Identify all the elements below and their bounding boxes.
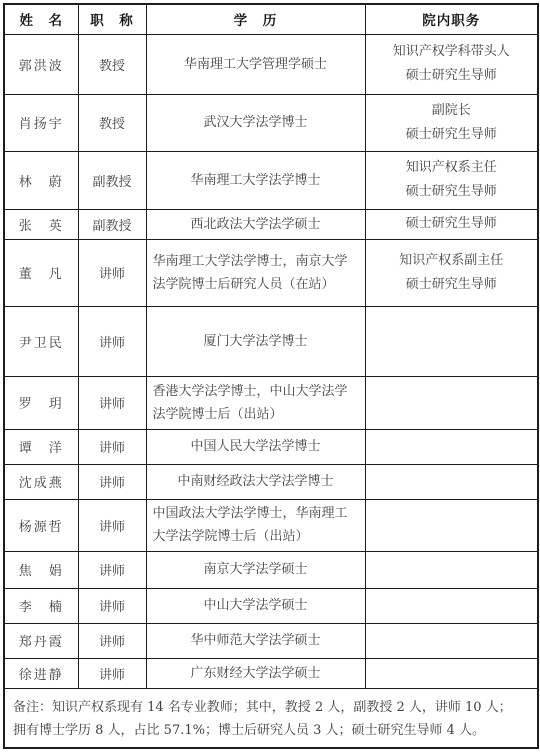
position-line: 硕士研究生导师 bbox=[370, 123, 534, 147]
table-row: 沈成燕 讲师 中南财经政法大学法学博士 bbox=[4, 464, 538, 499]
name-cell: 林 蔚 bbox=[4, 151, 78, 209]
education-cell: 西北政法大学法学硕士 bbox=[146, 209, 365, 239]
education-cell: 香港大学法学博士，中山大学法学 法学院博士后（出站） bbox=[146, 376, 365, 429]
education-cell: 中南财经政法大学法学博士 bbox=[146, 464, 365, 499]
education-line: 中南财经政法大学法学博士 bbox=[151, 470, 361, 493]
position-line: 知识产权系主任 bbox=[370, 156, 534, 180]
education-line: 广东财经大学法学硕士 bbox=[151, 662, 361, 685]
table-row: 肖扬宇 教授 武汉大学法学博士 副院长 硕士研究生导师 bbox=[4, 94, 538, 151]
table-row: 林 蔚 副教授 华南理工大学法学博士 知识产权系主任 硕士研究生导师 bbox=[4, 151, 538, 209]
education-line: 华南理工大学法学博士，南京大学 bbox=[153, 250, 361, 273]
title-cell: 讲师 bbox=[78, 464, 146, 499]
position-cell bbox=[365, 658, 538, 688]
position-cell bbox=[365, 623, 538, 658]
table-row: 董 凡 讲师 华南理工大学法学博士，南京大学 法学院博士后研究人员（在站） 知识… bbox=[4, 239, 538, 306]
note-row: 备注：知识产权系现有 14 名专业教师；其中，教授 2 人，副教授 2 人，讲师… bbox=[4, 688, 538, 748]
faculty-table: 姓 名 职 称 学 历 院内职务 郭洪波 教授 华南理工大学管理学硕士 知识产权… bbox=[3, 3, 539, 749]
name-cell: 郭洪波 bbox=[4, 34, 78, 94]
name-cell: 沈成燕 bbox=[4, 464, 78, 499]
name-cell: 尹卫民 bbox=[4, 306, 78, 376]
header-education: 学 历 bbox=[146, 4, 365, 34]
title-cell: 讲师 bbox=[78, 623, 146, 658]
education-cell: 中山大学法学硕士 bbox=[146, 588, 365, 623]
education-line: 中山大学法学硕士 bbox=[151, 594, 361, 617]
position-cell bbox=[365, 551, 538, 588]
education-line: 法学院博士后（出站） bbox=[153, 403, 361, 426]
education-line: 华南理工大学管理学硕士 bbox=[151, 53, 361, 76]
position-cell: 知识产权学科带头人 硕士研究生导师 bbox=[365, 34, 538, 94]
title-cell: 讲师 bbox=[78, 376, 146, 429]
position-cell bbox=[365, 464, 538, 499]
table-row: 谭 洋 讲师 中国人民大学法学博士 bbox=[4, 429, 538, 464]
table-header-row: 姓 名 职 称 学 历 院内职务 bbox=[4, 4, 538, 34]
title-cell: 讲师 bbox=[78, 499, 146, 551]
position-cell: 知识产权系副主任 硕士研究生导师 bbox=[365, 239, 538, 306]
education-cell: 华南理工大学法学博士，南京大学 法学院博士后研究人员（在站） bbox=[146, 239, 365, 306]
position-cell bbox=[365, 429, 538, 464]
title-cell: 讲师 bbox=[78, 551, 146, 588]
name-cell: 罗 玥 bbox=[4, 376, 78, 429]
education-cell: 华南理工大学管理学硕士 bbox=[146, 34, 365, 94]
position-line: 硕士研究生导师 bbox=[370, 273, 534, 297]
position-line: 硕士研究生导师 bbox=[370, 212, 534, 236]
table-row: 杨源哲 讲师 中国政法大学法学博士，华南理工 大学法学院博士后（出站） bbox=[4, 499, 538, 551]
education-cell: 南京大学法学硕士 bbox=[146, 551, 365, 588]
education-line: 南京大学法学硕士 bbox=[151, 558, 361, 581]
name-cell: 杨源哲 bbox=[4, 499, 78, 551]
title-cell: 教授 bbox=[78, 94, 146, 151]
name-cell: 郑丹霞 bbox=[4, 623, 78, 658]
education-line: 华南理工大学法学博士 bbox=[151, 169, 361, 192]
title-cell: 教授 bbox=[78, 34, 146, 94]
title-cell: 讲师 bbox=[78, 429, 146, 464]
title-cell: 讲师 bbox=[78, 239, 146, 306]
note-line: 拥有博士学历 8 人，占比 57.1%；博士后研究人员 3 人；硕士研究生导师 … bbox=[13, 719, 529, 742]
table-row: 张 英 副教授 西北政法大学法学硕士 硕士研究生导师 bbox=[4, 209, 538, 239]
education-line: 大学法学院博士后（出站） bbox=[153, 525, 361, 548]
education-cell: 中国人民大学法学博士 bbox=[146, 429, 365, 464]
table-row: 李 楠 讲师 中山大学法学硕士 bbox=[4, 588, 538, 623]
name-cell: 焦 娟 bbox=[4, 551, 78, 588]
table-row: 罗 玥 讲师 香港大学法学博士，中山大学法学 法学院博士后（出站） bbox=[4, 376, 538, 429]
title-cell: 讲师 bbox=[78, 306, 146, 376]
header-name: 姓 名 bbox=[4, 4, 78, 34]
education-cell: 广东财经大学法学硕士 bbox=[146, 658, 365, 688]
table-row: 徐进静 讲师 广东财经大学法学硕士 bbox=[4, 658, 538, 688]
note-cell: 备注：知识产权系现有 14 名专业教师；其中，教授 2 人，副教授 2 人，讲师… bbox=[4, 688, 538, 748]
education-line: 厦门大学法学博士 bbox=[151, 330, 361, 353]
position-cell: 硕士研究生导师 bbox=[365, 209, 538, 239]
position-cell: 副院长 硕士研究生导师 bbox=[365, 94, 538, 151]
table-row: 郭洪波 教授 华南理工大学管理学硕士 知识产权学科带头人 硕士研究生导师 bbox=[4, 34, 538, 94]
title-cell: 讲师 bbox=[78, 588, 146, 623]
header-title: 职 称 bbox=[78, 4, 146, 34]
note-line: 备注：知识产权系现有 14 名专业教师；其中，教授 2 人，副教授 2 人，讲师… bbox=[13, 696, 529, 719]
position-cell bbox=[365, 306, 538, 376]
education-line: 香港大学法学博士，中山大学法学 bbox=[153, 380, 361, 403]
name-cell: 张 英 bbox=[4, 209, 78, 239]
education-line: 武汉大学法学博士 bbox=[151, 111, 361, 134]
table-row: 尹卫民 讲师 厦门大学法学博士 bbox=[4, 306, 538, 376]
education-line: 中国人民大学法学博士 bbox=[151, 435, 361, 458]
header-position: 院内职务 bbox=[365, 4, 538, 34]
education-line: 华中师范大学法学硕士 bbox=[151, 629, 361, 652]
position-line: 硕士研究生导师 bbox=[370, 64, 534, 88]
position-line: 知识产权系副主任 bbox=[370, 249, 534, 273]
position-cell: 知识产权系主任 硕士研究生导师 bbox=[365, 151, 538, 209]
education-line: 中国政法大学法学博士，华南理工 bbox=[153, 502, 361, 525]
title-cell: 讲师 bbox=[78, 658, 146, 688]
education-line: 西北政法大学法学硕士 bbox=[151, 213, 361, 236]
education-line: 法学院博士后研究人员（在站） bbox=[153, 273, 361, 296]
education-cell: 厦门大学法学博士 bbox=[146, 306, 365, 376]
position-cell bbox=[365, 499, 538, 551]
name-cell: 董 凡 bbox=[4, 239, 78, 306]
education-cell: 华中师范大学法学硕士 bbox=[146, 623, 365, 658]
position-cell bbox=[365, 376, 538, 429]
name-cell: 李 楠 bbox=[4, 588, 78, 623]
education-cell: 中国政法大学法学博士，华南理工 大学法学院博士后（出站） bbox=[146, 499, 365, 551]
name-cell: 肖扬宇 bbox=[4, 94, 78, 151]
table-row: 焦 娟 讲师 南京大学法学硕士 bbox=[4, 551, 538, 588]
education-cell: 华南理工大学法学博士 bbox=[146, 151, 365, 209]
name-cell: 谭 洋 bbox=[4, 429, 78, 464]
position-line: 副院长 bbox=[370, 99, 534, 123]
title-cell: 副教授 bbox=[78, 209, 146, 239]
name-cell: 徐进静 bbox=[4, 658, 78, 688]
position-cell bbox=[365, 588, 538, 623]
title-cell: 副教授 bbox=[78, 151, 146, 209]
document-page: 姓 名 职 称 学 历 院内职务 郭洪波 教授 华南理工大学管理学硕士 知识产权… bbox=[0, 0, 540, 749]
position-line: 硕士研究生导师 bbox=[370, 180, 534, 204]
position-line: 知识产权学科带头人 bbox=[370, 40, 534, 64]
table-row: 郑丹霞 讲师 华中师范大学法学硕士 bbox=[4, 623, 538, 658]
education-cell: 武汉大学法学博士 bbox=[146, 94, 365, 151]
